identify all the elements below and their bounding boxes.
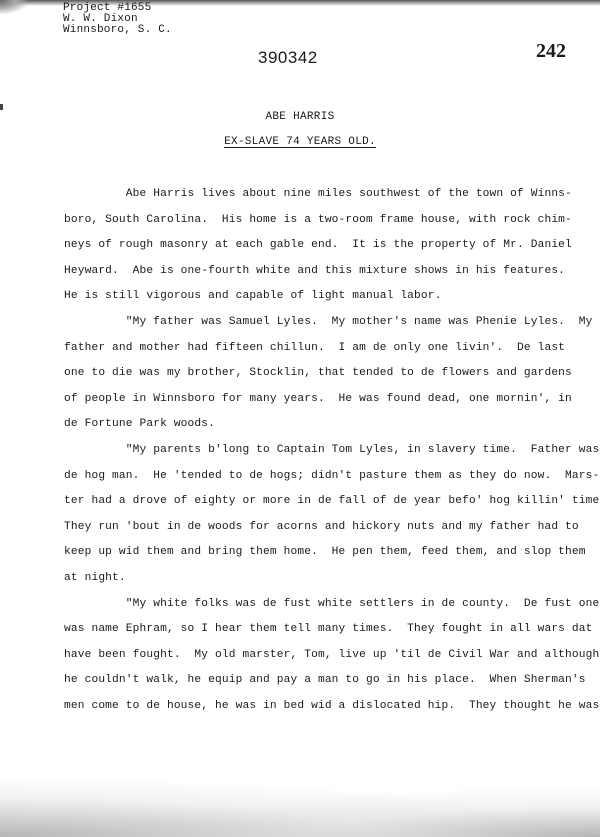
text-line: de hog man. He 'tended to de hogs; didn'… [64,464,600,490]
body-text: Abe Harris lives about nine miles southw… [64,182,600,719]
text-line: men come to de house, he was in bed wid … [64,694,600,720]
scan-edge-bottom [0,777,600,837]
text-line: of people in Winnsboro for many years. H… [64,387,600,413]
project-header: Project #1655 W. W. Dixon Winnsboro, S. … [63,3,172,36]
text-line: have been fought. My old marster, Tom, l… [64,643,600,669]
document-title: ABE HARRIS [0,111,600,123]
author-location: Winnsboro, S. C. [63,25,172,36]
text-line: Abe Harris lives about nine miles southw… [64,182,600,208]
scan-edge-corner [0,0,28,14]
text-line: ter had a drove of eighty or more in de … [64,489,600,515]
text-line: He is still vigorous and capable of ligh… [64,284,600,310]
text-line: They run 'bout in de woods for acorns an… [64,515,600,541]
text-line: "My father was Samuel Lyles. My mother's… [64,310,600,336]
text-line: boro, South Carolina. His home is a two-… [64,208,600,234]
document-subtitle: EX-SLAVE 74 YEARS OLD. [0,136,600,148]
page-number: 242 [536,40,566,63]
subtitle-text: EX-SLAVE 74 YEARS OLD. [224,136,376,148]
text-line: "My white folks was de fust white settle… [64,592,600,618]
text-line: one to die was my brother, Stocklin, tha… [64,361,600,387]
text-line: neys of rough masonry at each gable end.… [64,233,600,259]
text-line: Heyward. Abe is one-fourth white and thi… [64,259,600,285]
text-line: father and mother had fifteen chillun. I… [64,336,600,362]
archive-number: 390342 [258,48,318,68]
text-line: "My parents b'long to Captain Tom Lyles,… [64,438,600,464]
text-line: de Fortune Park woods. [64,412,600,438]
text-line: was name Ephram, so I hear them tell man… [64,617,600,643]
text-line: keep up wid them and bring them home. He… [64,540,600,566]
text-line: at night. [64,566,600,592]
margin-mark [0,104,3,110]
document-page: Project #1655 W. W. Dixon Winnsboro, S. … [0,0,600,837]
text-line: he couldn't walk, he equip and pay a man… [64,668,600,694]
